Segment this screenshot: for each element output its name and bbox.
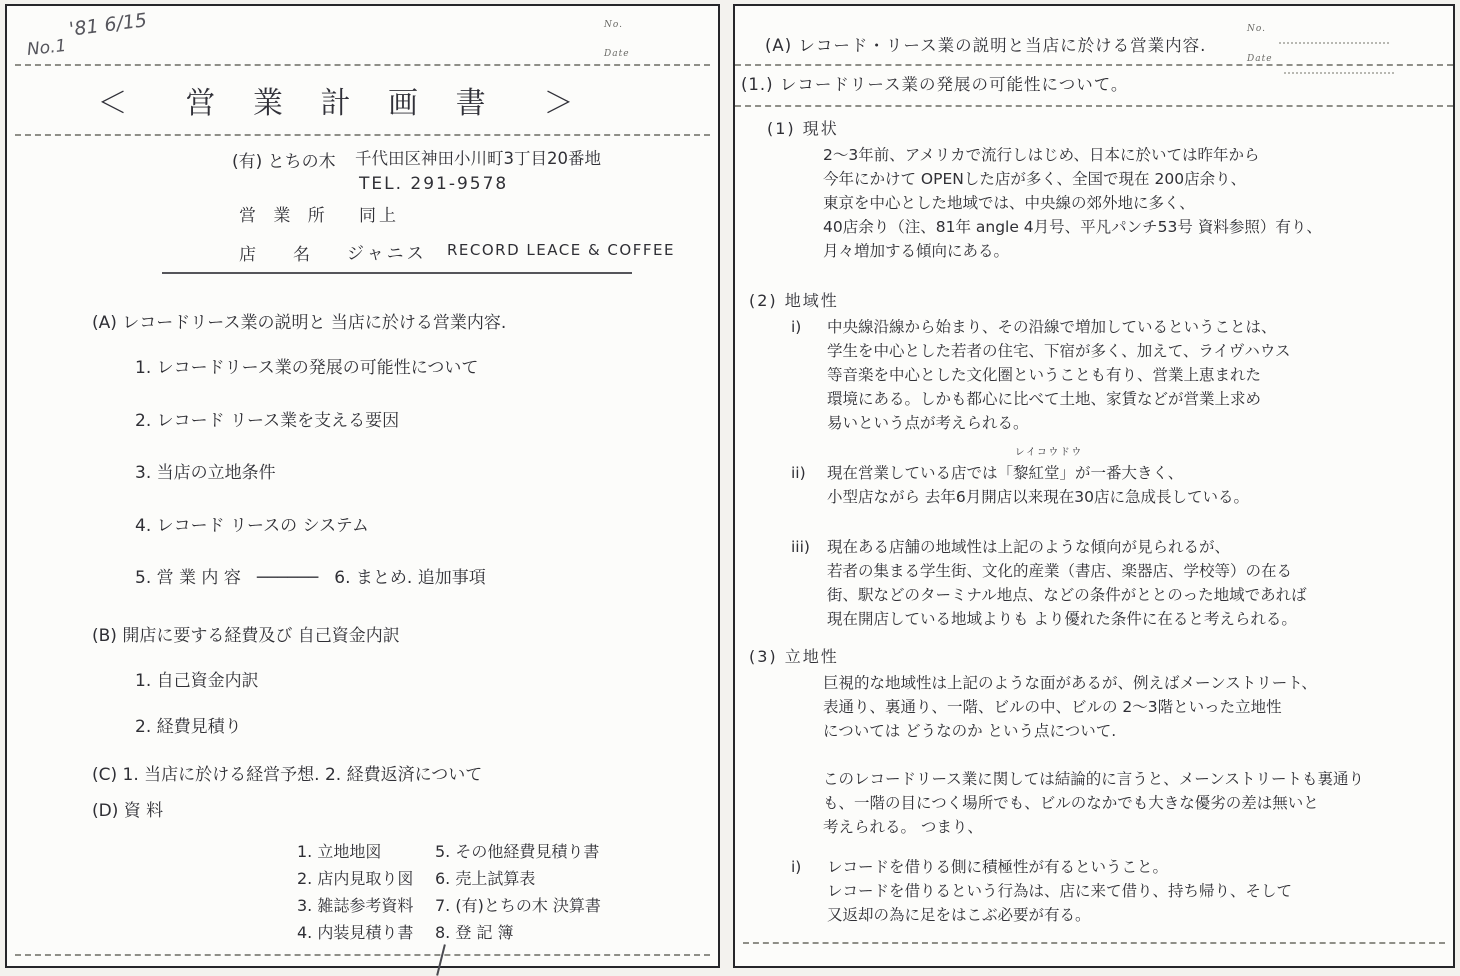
- materials-item: 6. 売上試算表: [435, 866, 535, 889]
- list-marker: ii): [791, 461, 827, 509]
- paragraph-line: 易いという点が考えられる。: [827, 411, 1290, 435]
- section-a-heading: (A) レコード・リース業の説明と当店に於ける営業内容.: [735, 6, 1453, 66]
- ruled-line: [15, 64, 710, 66]
- office-label: 営 業 所: [239, 201, 331, 226]
- ruled-line: [15, 134, 710, 136]
- materials-item: 4. 内装見積り書: [297, 920, 413, 943]
- underline: [162, 272, 632, 274]
- paragraph-line: 40店余り（注、81年 angle 4月号、平凡パンチ53号 資料参照）有り、: [823, 215, 1453, 239]
- paragraph-line: 考えられる。 つまり、: [823, 815, 1453, 839]
- materials-item: 7. (有)とちの木 決算書: [435, 893, 601, 916]
- paragraph-line: 街、駅などのターミナル地点、などの条件がととのった地域であれば: [827, 583, 1307, 607]
- subsection-label-location: (3) 立地性: [749, 645, 1453, 669]
- list-marker: iii): [791, 535, 827, 631]
- handwritten-date-note: '81 6/15: [68, 9, 148, 40]
- paragraph: 中央線沿線から始まり、その沿線で増加しているということは、 学生を中心とした若者…: [827, 315, 1290, 435]
- toc-section-d-heading: (D) 資 料: [92, 796, 163, 821]
- materials-item: 1. 立地地図: [297, 839, 381, 862]
- toc-item: 5. 営 業 内 容: [135, 568, 241, 588]
- company-tel: TEL. 291-9578: [359, 174, 508, 194]
- scanned-document: '81 6/15 No.1 No. Date ＜ 営 業 計 画 書 ＞ (有)…: [0, 0, 1460, 976]
- paragraph-line: 若者の集まる学生街、文化的産業（書店、楽器店、学校等）の在る: [827, 559, 1307, 583]
- toc-item: 4. レコード リースの システム: [135, 511, 369, 536]
- handwritten-page-number: No.1: [26, 36, 67, 60]
- pen-slash-mark: [436, 944, 446, 976]
- ruled-line: [743, 942, 1445, 944]
- paragraph-line: 現在開店している地域よりも より優れた条件に在ると考えられる。: [827, 607, 1307, 631]
- paragraph: 現在ある店舗の地域性は上記のような傾向が見られるが、 若者の集まる学生街、文化的…: [827, 535, 1307, 631]
- office-value: 同上: [359, 201, 399, 226]
- ruled-line: [15, 954, 710, 956]
- section-1-heading: (1.) レコードリース業の発展の可能性について。: [735, 66, 1453, 107]
- company-address: 千代田区神田小川町3丁目20番地: [355, 145, 601, 169]
- paragraph-line: 表通り、裏通り、一階、ビルの中、ビルの 2〜3階といった立地性: [823, 695, 1453, 719]
- paragraph-line: 月々増加する傾向にある。: [823, 239, 1453, 263]
- toc-item: 1. レコードリース業の発展の可能性について: [135, 353, 478, 378]
- region-point-i: i) 中央線沿線から始まり、その沿線で増加しているということは、 学生を中心とし…: [791, 315, 1453, 435]
- list-marker: i): [791, 855, 827, 927]
- printed-date-label: Date: [1247, 54, 1273, 64]
- paragraph-line: 2〜3年前、アメリカで流行しはじめ、日本に於いては昨年から: [823, 143, 1453, 167]
- shop-name-english: RECORD LEACE & COFFEE: [447, 241, 675, 259]
- paragraph-line: 現在営業している店では「レイコウドウ黎紅堂」が一番大きく、: [827, 461, 1249, 485]
- page-2: No. Date (A) レコード・リース業の説明と当店に於ける営業内容. (1…: [733, 4, 1455, 968]
- document-title: ＜ 営 業 計 画 書 ＞: [7, 78, 678, 122]
- ruby-annotated-name: レイコウドウ黎紅堂: [1013, 461, 1060, 485]
- company-name: (有) とちの木: [232, 147, 336, 172]
- paragraph-line: 小型店ながら 去年6月開店以来現在30店に急成長している。: [827, 485, 1249, 509]
- list-marker: i): [791, 315, 827, 435]
- toc-item: 1. 自己資金内訳: [135, 666, 259, 691]
- shop-name-label: 店 名: [239, 240, 320, 265]
- connector-dash: ──────: [257, 568, 318, 588]
- toc-item: 6. まとめ. 追加事項: [334, 568, 485, 588]
- paragraph-line: 今年にかけて OPENした店が多く、全国で現在 200店余り、: [823, 167, 1453, 191]
- page-1: '81 6/15 No.1 No. Date ＜ 営 業 計 画 書 ＞ (有)…: [5, 4, 720, 968]
- paragraph-line: 学生を中心とした若者の住宅、下宿が多く、加えて、ライヴハウス: [827, 339, 1290, 363]
- materials-item: 8. 登 記 簿: [435, 920, 514, 943]
- toc-section-b-heading: (B) 開店に要する経費及び 自己資金内訳: [92, 621, 400, 646]
- paragraph-line: 現在ある店舗の地域性は上記のような傾向が見られるが、: [827, 535, 1307, 559]
- printed-date-label: Date: [604, 49, 630, 59]
- text-segment: 」が一番大きく、: [1060, 464, 1184, 482]
- ruby-reading: レイコウドウ: [1015, 448, 1083, 458]
- toc-item-row: 5. 営 業 内 容──────6. まとめ. 追加事項: [135, 563, 486, 588]
- toc-section-c-heading: (C) 1. 当店に於ける経営予想. 2. 経費返済について: [92, 760, 482, 785]
- shop-name-kana: ジャニス: [347, 239, 427, 264]
- page-2-content: (A) レコード・リース業の説明と当店に於ける営業内容. (1.) レコードリー…: [735, 6, 1453, 966]
- region-point-iii: iii) 現在ある店舗の地域性は上記のような傾向が見られるが、 若者の集まる学生…: [791, 535, 1453, 631]
- toc-item: 2. レコード リース業を支える要因: [135, 406, 399, 431]
- location-point-i: i) レコードを借りる側に積極性が有るということ。 レコードを借りるという行為は…: [791, 855, 1453, 927]
- subsection-label-region: (2) 地域性: [749, 289, 1453, 313]
- paragraph-line: レコードを借りるという行為は、店に来て借り、持ち帰り、そして: [827, 879, 1292, 903]
- materials-item: 3. 雑誌参考資料: [297, 893, 413, 916]
- toc-item: 3. 当店の立地条件: [135, 458, 276, 483]
- paragraph: 現在営業している店では「レイコウドウ黎紅堂」が一番大きく、 小型店ながら 去年6…: [827, 461, 1249, 509]
- paragraph-line: 巨視的な地域性は上記のような面があるが、例えばメーンストリート、: [823, 671, 1453, 695]
- printed-no-label: No.: [1247, 24, 1266, 34]
- paragraph-line: 又返却の為に足をはこぶ必要が有る。: [827, 903, 1292, 927]
- toc-section-a-heading: (A) レコードリース業の説明と 当店に於ける営業内容.: [92, 308, 506, 333]
- materials-item: 5. その他経費見積り書: [435, 839, 599, 862]
- materials-item: 2. 店内見取り図: [297, 866, 413, 889]
- region-point-ii: ii) 現在営業している店では「レイコウドウ黎紅堂」が一番大きく、 小型店ながら…: [791, 461, 1453, 509]
- paragraph-line: 等音楽を中心とした文化圏ということも有り、営業上恵まれた: [827, 363, 1290, 387]
- shop-name-reikodo: 黎紅堂: [1013, 464, 1060, 482]
- paragraph-line: 東京を中心とした地域では、中央線の郊外地に多く、: [823, 191, 1453, 215]
- paragraph-line: このレコードリース業に関しては結論的に言うと、メーンストリートも裏通り: [823, 767, 1453, 791]
- paragraph-line: 中央線沿線から始まり、その沿線で増加しているということは、: [827, 315, 1290, 339]
- paragraph-line: 環境にある。しかも都心に比べて土地、家賃などが営業上求め: [827, 387, 1290, 411]
- toc-item: 2. 経費見積り: [135, 712, 242, 737]
- paragraph-line: については どうなのか という点について.: [823, 719, 1453, 743]
- text-segment: 現在営業している店では「: [827, 464, 1013, 482]
- paragraph-line: も、一階の目につく場所でも、ビルのなかでも大きな優劣の差は無いと: [823, 791, 1453, 815]
- paragraph: レコードを借りる側に積極性が有るということ。 レコードを借りるという行為は、店に…: [827, 855, 1292, 927]
- paragraph-line: レコードを借りる側に積極性が有るということ。: [827, 855, 1292, 879]
- printed-no-label: No.: [604, 20, 623, 30]
- subsection-label-status: (1) 現状: [767, 117, 1453, 141]
